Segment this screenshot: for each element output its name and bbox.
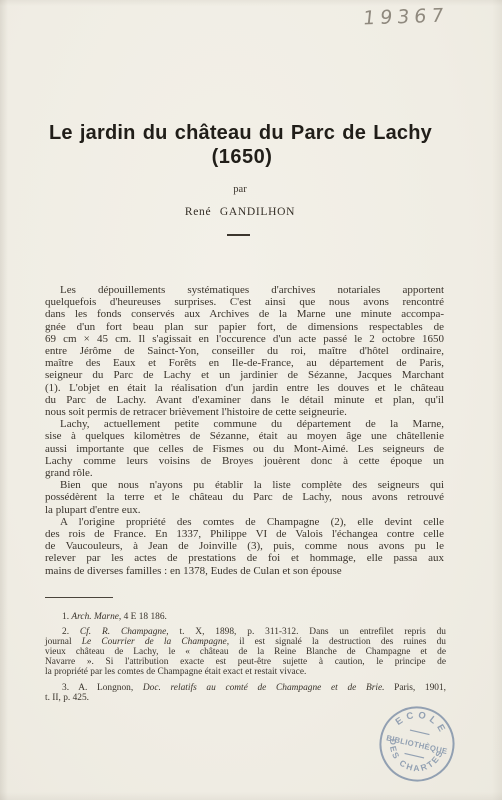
- text-line: Lachy, actuellement petite commune du dé…: [45, 418, 444, 430]
- article-body: Les dépouillements systématiques d'archi…: [45, 284, 444, 577]
- text-line: quelquefois d'heureuses surprises. C'est…: [45, 296, 444, 308]
- text-line: nous soit permis de retracer brièvement …: [45, 406, 444, 418]
- text-line: gnée d'un fort beau plan sur papier fort…: [45, 321, 444, 333]
- text-line: Bien que nous n'ayons pu établir la list…: [45, 479, 444, 491]
- text-line: (1). L'objet en était la réalisation d'u…: [45, 382, 444, 394]
- text-line: dans les fonds conservés aux Archives de…: [45, 308, 444, 320]
- scanned-page: 19367 Le jardin du château du Parc de La…: [0, 0, 502, 800]
- text-line: de Vaucouleurs, à Jean de Joinville (3),…: [45, 540, 444, 552]
- text-line: A l'origine propriété des comtes de Cham…: [45, 516, 444, 528]
- stamp-rule-upper: [410, 730, 429, 734]
- author-name: René GANDILHON: [45, 206, 435, 218]
- text-line: Les dépouillements systématiques d'archi…: [45, 284, 444, 296]
- text-line: du Parc de Lachy. Avant d'examiner dans …: [45, 394, 444, 406]
- text-line: 69 cm × 45 cm. Il s'agissait en l'occure…: [45, 333, 444, 345]
- text-line: 3. A. Longnon, Doc. relatifs au comté de…: [45, 683, 446, 693]
- text-line: la plupart d'entre eux.: [45, 504, 444, 516]
- text-line: sise à quelques kilomètres de Sézanne, é…: [45, 430, 444, 442]
- footnote-divider-rule: [45, 597, 113, 598]
- text-line: 1. Arch. Marne, 4 E 18 186.: [45, 612, 446, 622]
- text-line: journal Le Courrier de la Champagne, il …: [45, 637, 446, 647]
- text-line: Lachy comme leurs voisins de Broyes jouè…: [45, 455, 444, 467]
- handwritten-accession-number: 19367: [362, 4, 450, 29]
- title-divider-rule: [227, 234, 250, 236]
- paragraph: Lachy, actuellement petite commune du dé…: [45, 418, 444, 479]
- text-line: grand rôle.: [45, 467, 444, 479]
- stamp-rule-lower: [405, 753, 424, 757]
- article-title-line1: Le jardin du château du Parc de Lachy: [49, 122, 432, 145]
- text-line: possédèrent la terre et le château du Pa…: [45, 491, 444, 503]
- footnotes: 1. Arch. Marne, 4 E 18 186.2. Cf. R. Cha…: [45, 612, 446, 708]
- text-line: relever par les actes de prestations de …: [45, 552, 444, 564]
- text-line: la propriété par les comtes de Champagne…: [45, 667, 446, 677]
- text-line: aussi importante que celles de Fismes ou…: [45, 443, 444, 455]
- text-line: seigneur du Parc de Lachy et un jardinie…: [45, 369, 444, 381]
- stamp-arc-top-text: ECOLE: [392, 704, 452, 738]
- text-line: des rois de France. En 1337, Philippe VI…: [45, 528, 444, 540]
- library-stamp: ECOLE BIBLIOTHÈQUE DES CHARTES: [369, 696, 465, 792]
- article-title-line2: (1650): [45, 146, 439, 169]
- paragraph: A l'origine propriété des comtes de Cham…: [45, 516, 444, 577]
- text-line: vieux château de Lachy, le « château de …: [45, 647, 446, 657]
- text-line: 2. Cf. R. Champagne, t. X, 1898, p. 311-…: [45, 627, 446, 637]
- text-line: mains de diverses familles : en 1378, Eu…: [45, 565, 444, 577]
- svg-text:ECOLE: ECOLE: [392, 704, 452, 738]
- paragraph: Bien que nous n'ayons pu établir la list…: [45, 479, 444, 516]
- text-line: Navarre ». Si l'attribution exacte est p…: [45, 657, 446, 667]
- footnote: 1. Arch. Marne, 4 E 18 186.: [45, 612, 446, 622]
- paragraph: Les dépouillements systématiques d'archi…: [45, 284, 444, 418]
- text-line: maître des Eaux et Forêts en Ile-de-Fran…: [45, 357, 444, 369]
- text-line: entre Jérôme de Sainct-Yon, conseiller d…: [45, 345, 444, 357]
- footnote: 2. Cf. R. Champagne, t. X, 1898, p. 311-…: [45, 627, 446, 677]
- byline-par: par: [45, 184, 435, 195]
